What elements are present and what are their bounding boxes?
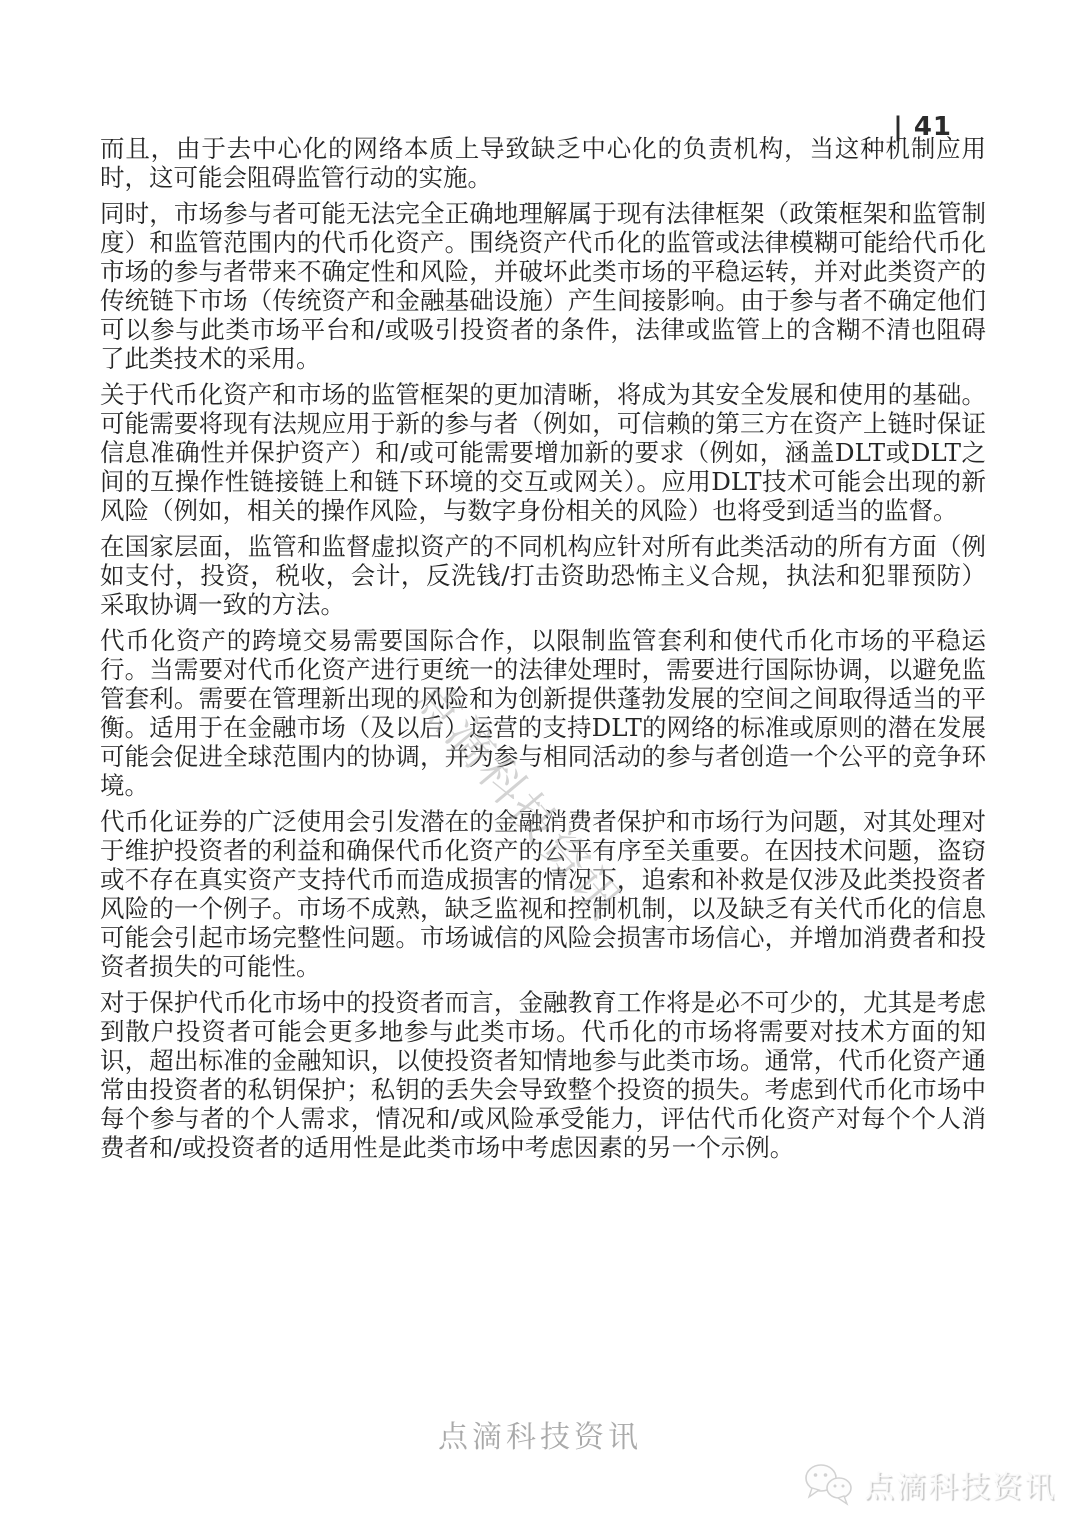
paragraph: 代币化证券的广泛使用会引发潜在的金融消费者保护和市场行为问题，对其处理对于维护投… [100,807,986,981]
wechat-chat-bubbles-icon [802,1461,856,1507]
brand-text: 点滴科技资讯 [864,1462,1056,1506]
paragraph: 代币化资产的跨境交易需要国际合作，以限制监管套利和使代币化市场的平稳运行。当需要… [100,626,986,800]
document-page: | 41 而且，由于去中心化的网络本质上导致缺乏中心化的负责机构，当这种机制应用… [0,0,1080,1529]
paragraph: 在国家层面，监管和监督虚拟资产的不同机构应针对所有此类活动的所有方面（例如支付，… [100,532,986,619]
brand-logo: 点滴科技资讯 [802,1461,1056,1507]
paragraph: 同时，市场参与者可能无法完全正确地理解属于现有法律框架（政策框架和监管制度）和监… [100,199,986,373]
footer-text: 点滴科技资讯 [0,1412,1080,1456]
body-text: 而且，由于去中心化的网络本质上导致缺乏中心化的负责机构，当这种机制应用时，这可能… [100,134,986,1169]
paragraph: 而且，由于去中心化的网络本质上导致缺乏中心化的负责机构，当这种机制应用时，这可能… [100,134,986,192]
paragraph: 关于代币化资产和市场的监管框架的更加清晰，将成为其安全发展和使用的基础。可能需要… [100,380,986,525]
paragraph: 对于保护代币化市场中的投资者而言，金融教育工作将是必不可少的，尤其是考虑到散户投… [100,988,986,1162]
